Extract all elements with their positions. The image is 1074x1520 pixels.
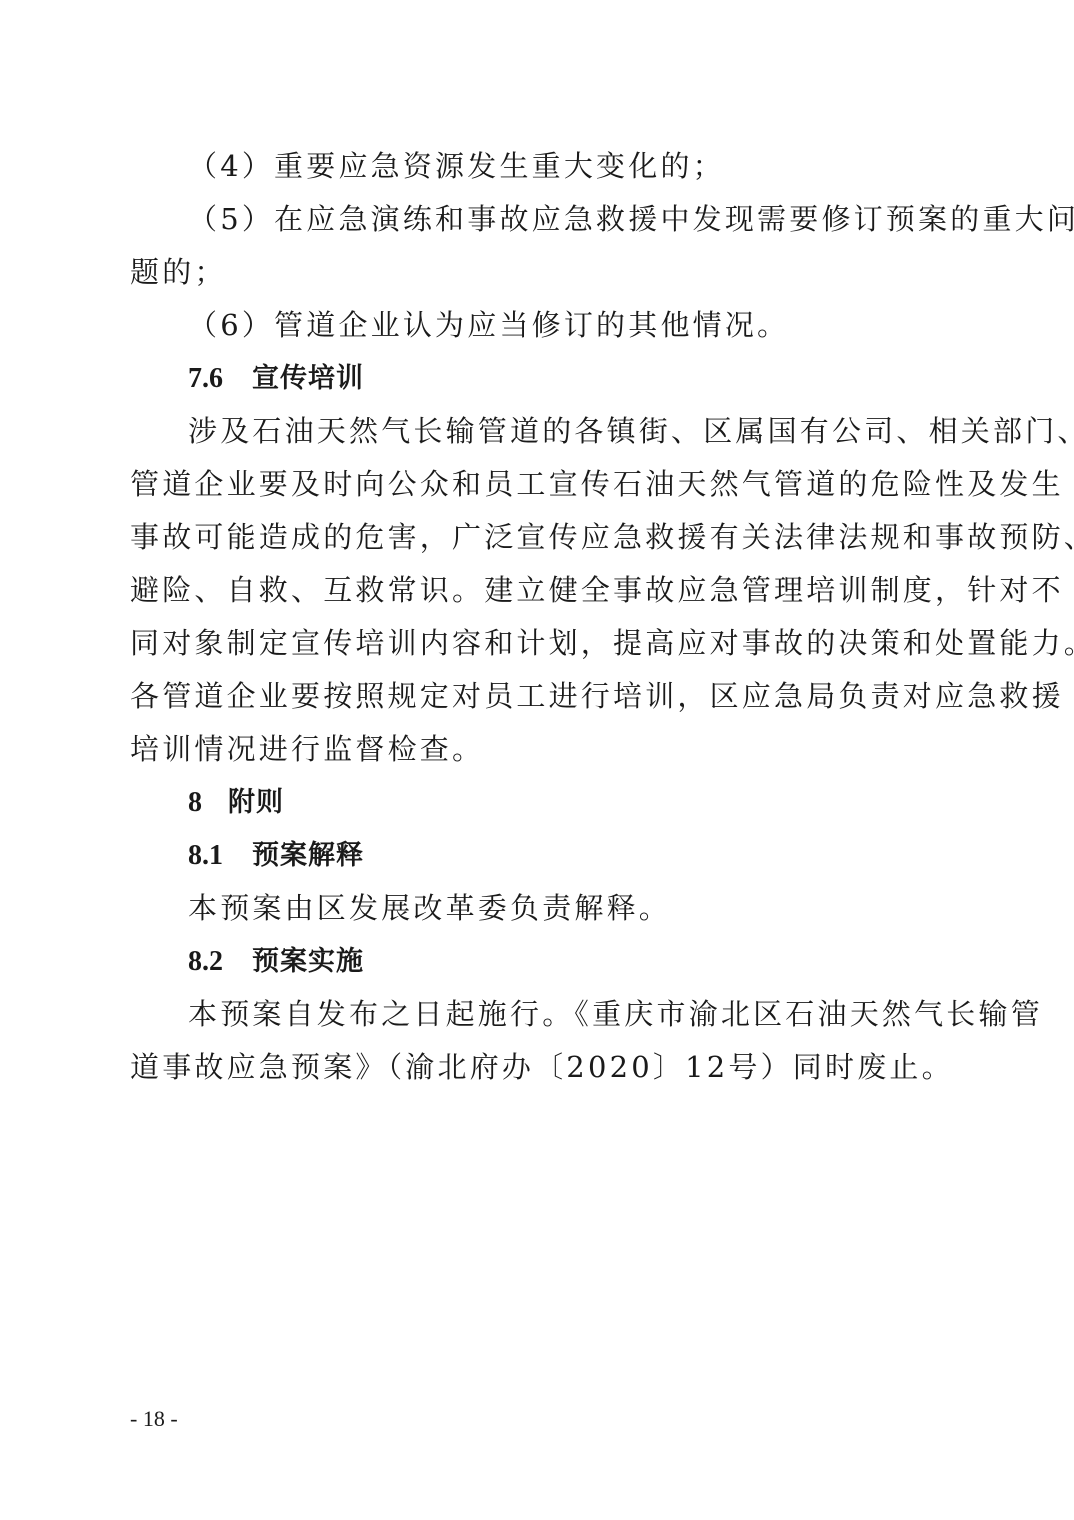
- section-number: 8: [188, 776, 228, 829]
- section-number: 8.2: [188, 935, 252, 988]
- list-item-5-line-2: 题的；: [130, 246, 972, 299]
- paragraph-line: 道事故应急预案》（渝北府办〔2020〕12号）同时废止。: [130, 1041, 972, 1094]
- section-number: 8.1: [188, 829, 252, 882]
- paragraph-line: 避险、自救、互救常识。建立健全事故应急管理培训制度，针对不: [130, 564, 972, 617]
- section-number: 7.6: [188, 352, 252, 405]
- paragraph-line: 管道企业要及时向公众和员工宣传石油天然气管道的危险性及发生: [130, 458, 972, 511]
- paragraph-line: 涉及石油天然气长输管道的各镇街、区属国有公司、相关部门、: [130, 405, 972, 458]
- section-heading-8: 8附则: [130, 776, 972, 829]
- page-number: - 18 -: [130, 1406, 178, 1432]
- document-page: （4）重要应急资源发生重大变化的； （5）在应急演练和事故应急救援中发现需要修订…: [130, 140, 972, 1094]
- list-item-5-line-1: （5）在应急演练和事故应急救援中发现需要修订预案的重大问: [130, 193, 972, 246]
- section-heading-8-1: 8.1预案解释: [130, 829, 972, 882]
- paragraph-line: 培训情况进行监督检查。: [130, 723, 972, 776]
- section-title: 宣传培训: [252, 363, 364, 394]
- section-title: 附则: [228, 787, 284, 818]
- section-title: 预案实施: [252, 946, 364, 977]
- paragraph-line: 事故可能造成的危害，广泛宣传应急救援有关法律法规和事故预防、: [130, 511, 972, 564]
- section-title: 预案解释: [252, 840, 364, 871]
- list-item-6: （6）管道企业认为应当修订的其他情况。: [130, 299, 972, 352]
- paragraph-line: 同对象制定宣传培训内容和计划，提高应对事故的决策和处置能力。: [130, 617, 972, 670]
- paragraph-line: 各管道企业要按照规定对员工进行培训，区应急局负责对应急救援: [130, 670, 972, 723]
- paragraph-line: 本预案自发布之日起施行。《重庆市渝北区石油天然气长输管: [130, 988, 972, 1041]
- section-heading-8-2: 8.2预案实施: [130, 935, 972, 988]
- paragraph-line: 本预案由区发展改革委负责解释。: [130, 882, 972, 935]
- section-heading-7-6: 7.6宣传培训: [130, 352, 972, 405]
- list-item-4: （4）重要应急资源发生重大变化的；: [130, 140, 972, 193]
